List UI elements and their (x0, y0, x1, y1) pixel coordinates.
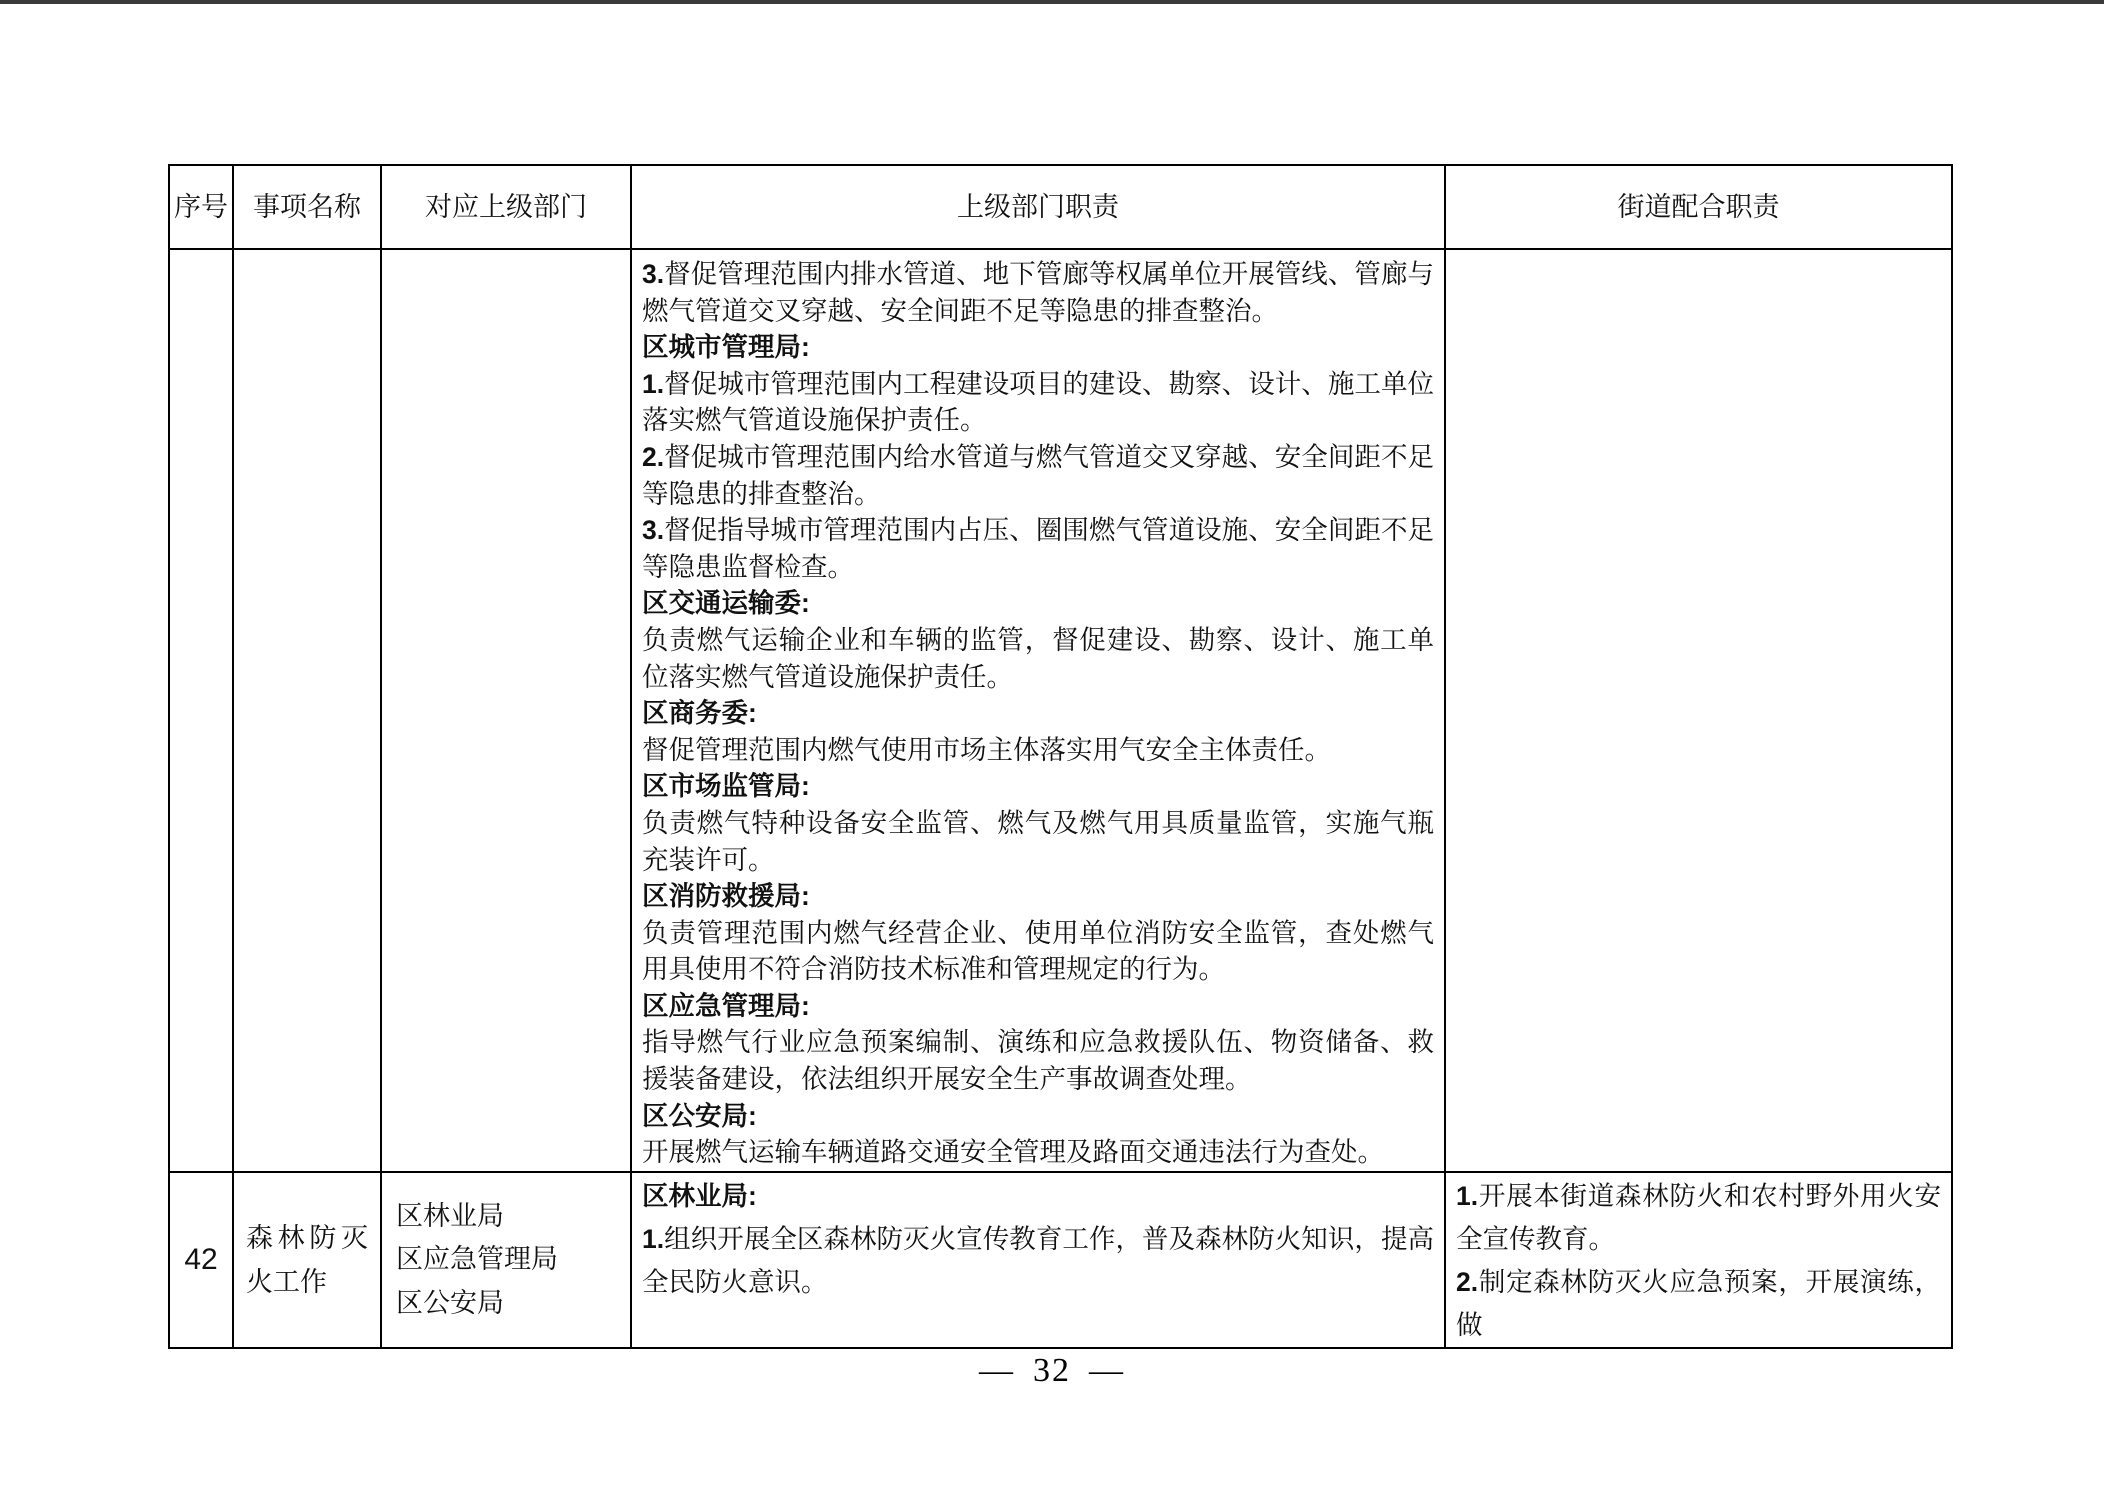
item-name-cell (233, 249, 381, 1172)
dept-line: 区应急管理局 (396, 1238, 622, 1282)
col-header-seq: 序号 (169, 165, 233, 249)
duty-paragraph: 开展燃气运输车辆道路交通安全管理及路面交通违法行为查处。 (642, 1134, 1434, 1171)
duty-dept-heading: 区城市管理局: (642, 329, 1434, 366)
street-duty-cell (1445, 249, 1952, 1172)
col-header-superior-duty: 上级部门职责 (631, 165, 1445, 249)
page-top-border (0, 0, 2104, 4)
duty-paragraph: 1.开展本街道森林防火和农村野外用火安全宣传教育。 (1456, 1175, 1941, 1261)
table-header-row: 序号 事项名称 对应上级部门 上级部门职责 街道配合职责 (169, 165, 1952, 249)
superior-duty-cell: 3.督促管理范围内排水管道、地下管廊等权属单位开展管线、管廊与燃气管道交叉穿越、… (631, 249, 1445, 1172)
duty-dept-heading: 区市场监管局: (642, 768, 1434, 805)
duty-paragraph: 负责燃气特种设备安全监管、燃气及燃气用具质量监管，实施气瓶充装许可。 (642, 805, 1434, 878)
duty-dept-heading: 区商务委: (642, 695, 1434, 732)
seq-cell: 42 (169, 1172, 233, 1348)
duty-dept-heading: 区林业局: (642, 1175, 1434, 1218)
superior-duty-cell: 区林业局:1.组织开展全区森林防灭火宣传教育工作，普及森林防火知识，提高全民防火… (631, 1172, 1445, 1348)
duty-paragraph: 督促管理范围内燃气使用市场主体落实用气安全主体责任。 (642, 732, 1434, 769)
table-row-42: 42 森林防灭火工作 区林业局区应急管理局区公安局 区林业局:1.组织开展全区森… (169, 1172, 1952, 1348)
duty-dept-heading: 区应急管理局: (642, 988, 1434, 1025)
duty-dept-heading: 区消防救援局: (642, 878, 1434, 915)
col-header-item: 事项名称 (233, 165, 381, 249)
responsibility-table: 序号 事项名称 对应上级部门 上级部门职责 街道配合职责 3.督促管理范围内排水… (168, 164, 1953, 1349)
footer-right-dash: — (1089, 1352, 1125, 1390)
duty-paragraph: 指导燃气行业应急预案编制、演练和应急救援队伍、物资储备、救援装备建设，依法组织开… (642, 1024, 1434, 1097)
dept-list-cell (381, 249, 631, 1172)
seq-cell (169, 249, 233, 1172)
dept-list-cell: 区林业局区应急管理局区公安局 (381, 1172, 631, 1348)
duty-paragraph: 3.督促管理范围内排水管道、地下管廊等权属单位开展管线、管廊与燃气管道交叉穿越、… (642, 256, 1434, 329)
document-page: 序号 事项名称 对应上级部门 上级部门职责 街道配合职责 3.督促管理范围内排水… (0, 0, 2104, 1488)
duty-paragraph: 2.制定森林防灭火应急预案，开展演练，做 (1456, 1261, 1941, 1347)
duty-paragraph: 1.组织开展全区森林防灭火宣传教育工作，普及森林防火知识，提高全民防火意识。 (642, 1218, 1434, 1304)
street-duty-cell: 1.开展本街道森林防火和农村野外用火安全宣传教育。2.制定森林防灭火应急预案，开… (1445, 1172, 1952, 1348)
col-header-street-duty: 街道配合职责 (1445, 165, 1952, 249)
duty-dept-heading: 区交通运输委: (642, 585, 1434, 622)
footer-left-dash: — (979, 1352, 1015, 1390)
duty-paragraph: 1.督促城市管理范围内工程建设项目的建设、勘察、设计、施工单位落实燃气管道设施保… (642, 366, 1434, 439)
table-row-continuation: 3.督促管理范围内排水管道、地下管廊等权属单位开展管线、管廊与燃气管道交叉穿越、… (169, 249, 1952, 1172)
col-header-dept: 对应上级部门 (381, 165, 631, 249)
item-name-cell: 森林防灭火工作 (233, 1172, 381, 1348)
footer-page-number: 32 (1033, 1352, 1071, 1389)
duty-paragraph: 2.督促城市管理范围内给水管道与燃气管道交叉穿越、安全间距不足等隐患的排查整治。 (642, 439, 1434, 512)
duty-paragraph: 3.督促指导城市管理范围内占压、圈围燃气管道设施、安全间距不足等隐患监督检查。 (642, 512, 1434, 585)
duty-paragraph: 负责管理范围内燃气经营企业、使用单位消防安全监管，查处燃气用具使用不符合消防技术… (642, 915, 1434, 988)
dept-line: 区林业局 (396, 1195, 622, 1239)
page-number: —32— (0, 1352, 2104, 1390)
dept-line: 区公安局 (396, 1282, 622, 1326)
duty-paragraph: 负责燃气运输企业和车辆的监管，督促建设、勘察、设计、施工单位落实燃气管道设施保护… (642, 622, 1434, 695)
duty-dept-heading: 区公安局: (642, 1098, 1434, 1135)
